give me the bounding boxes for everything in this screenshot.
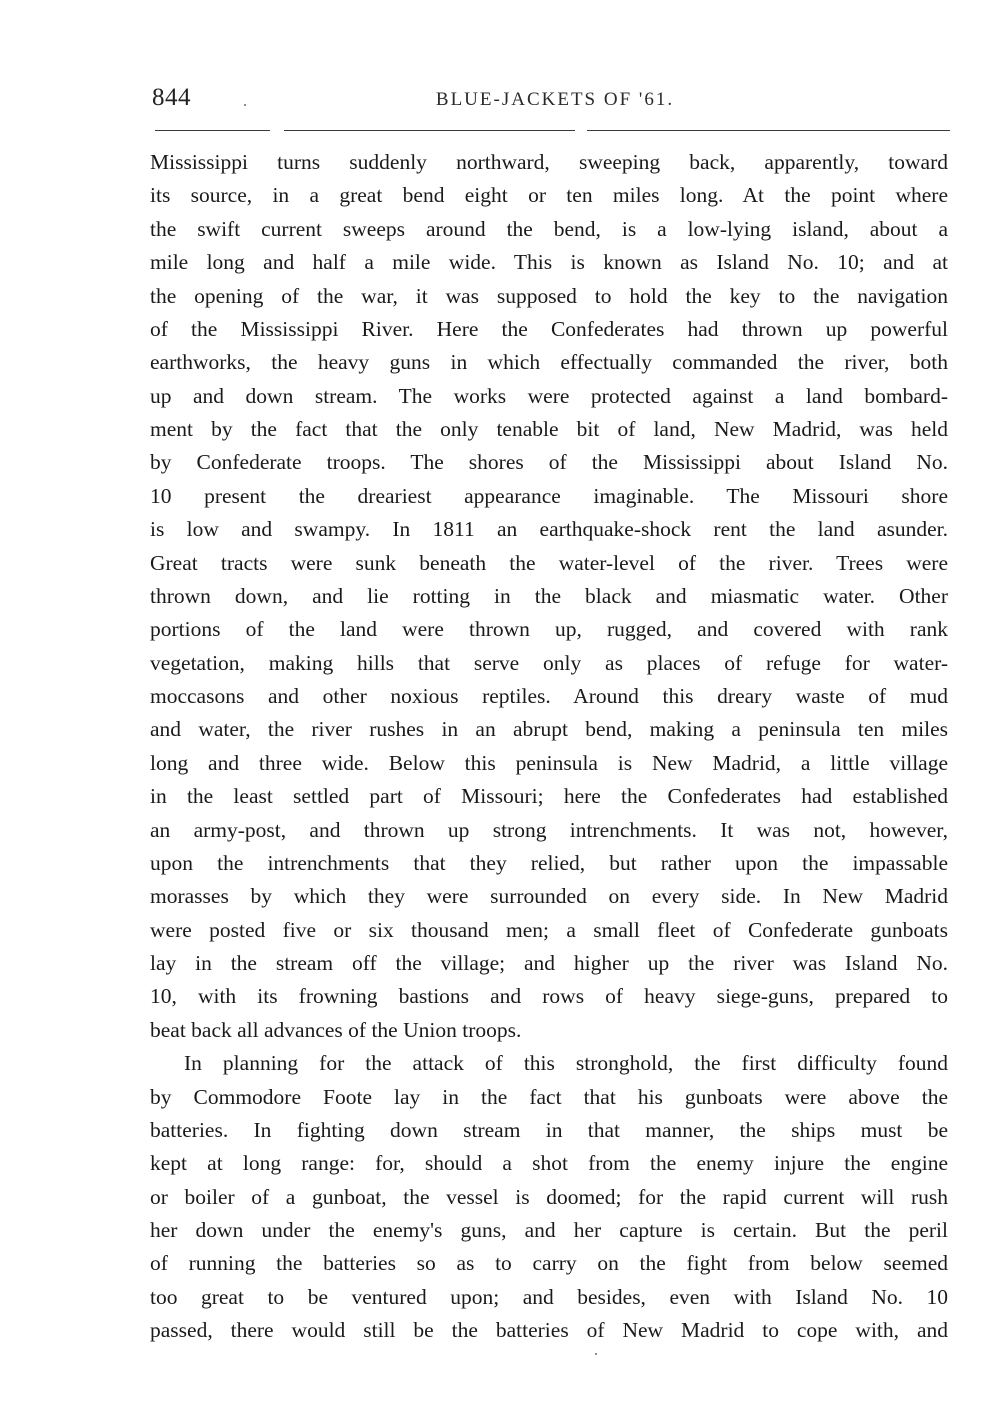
text-line: up and down stream. The works were prote… [150,380,948,413]
text-line: 10 present the dreariest appearance imag… [150,480,948,513]
text-line: of running the batteries so as to carry … [150,1247,948,1280]
text-line: the swift current sweeps around the bend… [150,213,948,246]
text-line: and water, the river rushes in an abrupt… [150,713,948,746]
text-line: ment by the fact that the only tenable b… [150,413,948,446]
text-line: by Commodore Foote lay in the fact that … [150,1081,948,1114]
scan-speck [595,1353,597,1355]
text-line: morasses by which they were surrounded o… [150,880,948,913]
text-line: Great tracts were sunk beneath the water… [150,547,948,580]
running-title: BLUE-JACKETS OF '61. [0,89,1000,111]
text-line: upon the intrenchments that they relied,… [150,847,948,880]
text-line: of the Mississippi River. Here the Confe… [150,313,948,346]
text-line: mile long and half a mile wide. This is … [150,246,948,279]
body-text: Mississippi turns suddenly northward, sw… [150,146,948,1348]
paragraph-1: Mississippi turns suddenly northward, sw… [150,146,948,1047]
text-line: earthworks, the heavy guns in which effe… [150,346,948,379]
text-line: by Confederate troops. The shores of the… [150,446,948,479]
text-line: in the least settled part of Missouri; h… [150,780,948,813]
header-rule [155,130,950,131]
text-line: her down under the enemy's guns, and her… [150,1214,948,1247]
text-line: kept at long range: for, should a shot f… [150,1147,948,1180]
paragraph-2: In planning for the attack of this stron… [150,1047,948,1347]
text-line: the opening of the war, it was supposed … [150,280,948,313]
text-line: passed, there would still be the batteri… [150,1314,948,1347]
rule-gap [270,128,284,133]
text-line: moccasons and other noxious reptiles. Ar… [150,680,948,713]
text-line: were posted five or six thousand men; a … [150,914,948,947]
text-line: or boiler of a gunboat, the vessel is do… [150,1181,948,1214]
text-line: In planning for the attack of this stron… [150,1047,948,1080]
text-line: is low and swampy. In 1811 an earthquake… [150,513,948,546]
text-line: thrown down, and lie rotting in the blac… [150,580,948,613]
text-line: long and three wide. Below this peninsul… [150,747,948,780]
text-line: its source, in a great bend eight or ten… [150,179,948,212]
text-line: Mississippi turns suddenly northward, sw… [150,146,948,179]
text-line: beat back all advances of the Union troo… [150,1014,948,1047]
scan-speck [244,104,246,106]
rule-gap [575,128,587,133]
text-line: vegetation, making hills that serve only… [150,647,948,680]
text-line: 10, with its frowning bastions and rows … [150,980,948,1013]
text-line: portions of the land were thrown up, rug… [150,613,948,646]
text-line: too great to be ventured upon; and besid… [150,1281,948,1314]
text-line: batteries. In fighting down stream in th… [150,1114,948,1147]
text-line: lay in the stream off the village; and h… [150,947,948,980]
text-line: an army-post, and thrown up strong intre… [150,814,948,847]
